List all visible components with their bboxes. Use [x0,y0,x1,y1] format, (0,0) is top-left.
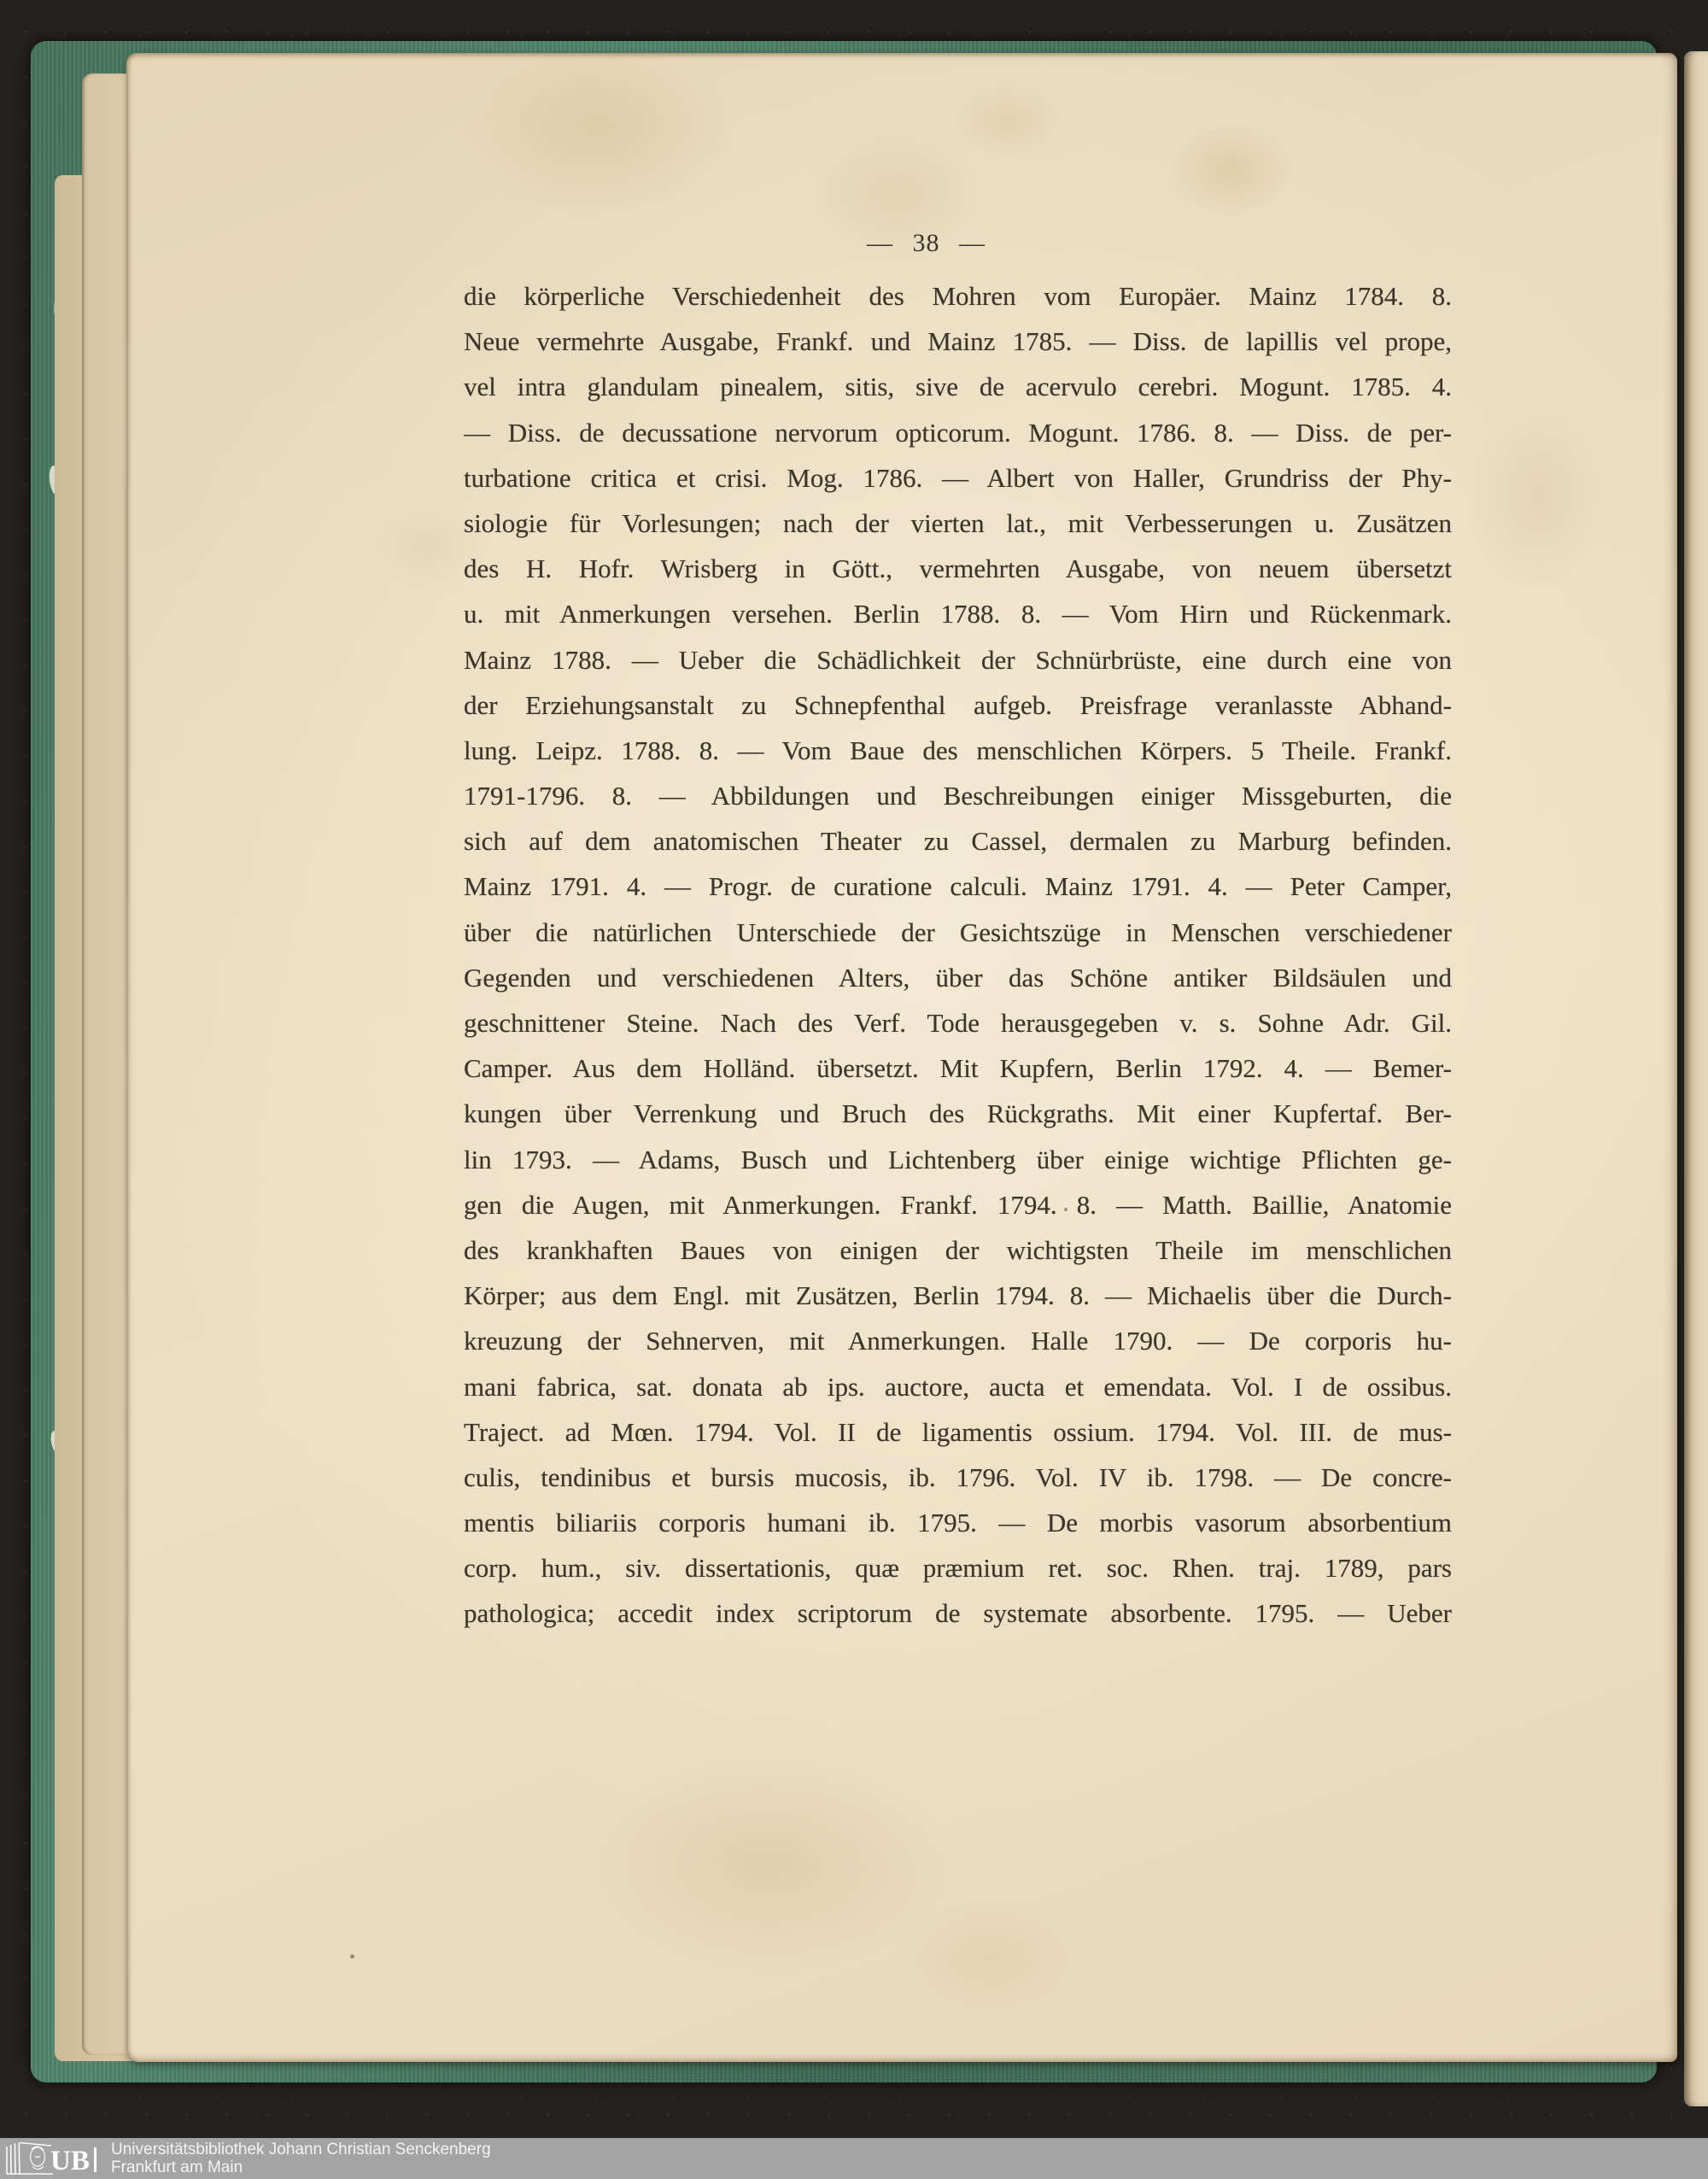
logo-ub-text: UB [50,2146,90,2176]
text-line: pathologica; accedit index scriptorum de… [464,1590,1452,1636]
library-name: Universitätsbibliothek Johann Christian … [111,2141,491,2158]
text-line: siologie für Vorlesungen; nach der viert… [464,501,1452,546]
adjacent-page-edge [1684,51,1708,2106]
text-line: des krankhaften Baues von einigen der wi… [464,1227,1452,1273]
text-line: lin 1793. — Adams, Busch und Lichtenberg… [464,1137,1452,1182]
footer-text: Universitätsbibliothek Johann Christian … [111,2141,491,2176]
text-line: Körper; aus dem Engl. mit Zusätzen, Berl… [464,1273,1452,1318]
text-line: turbatione critica et crisi. Mog. 1786. … [464,455,1452,501]
text-line: des H. Hofr. Wrisberg in Gött., vermehrt… [464,546,1452,591]
text-line: vel intra glandulam pinealem, sitis, siv… [464,364,1452,409]
text-line: Traject. ad Mœn. 1794. Vol. II de ligame… [464,1409,1452,1455]
text-line: 1791-1796. 8. — Abbildungen und Beschrei… [464,773,1452,818]
text-line: die körperliche Verschiedenheit des Mohr… [464,273,1452,319]
library-footer-bar: UB Universitätsbibliothek Johann Christi… [0,2138,1708,2179]
text-line: culis, tendinibus et bursis mucosis, ib.… [464,1455,1452,1500]
text-line: Neue vermehrte Ausgabe, Frankf. und Main… [464,319,1452,364]
text-line: Camper. Aus dem Holländ. übersetzt. Mit … [464,1046,1452,1091]
text-line: der Erziehungsanstalt zu Schnepfenthal a… [464,682,1452,728]
text-line: corp. hum., siv. dissertationis, quæ præ… [464,1545,1452,1590]
text-line: gen die Augen, mit Anmerkungen. Frankf. … [464,1182,1452,1227]
page-number: — 38 — [432,226,1420,261]
text-line: Mainz 1788. — Ueber die Schädlichkeit de… [464,637,1452,682]
foxing-speck [350,1954,354,1959]
text-line: kreuzung der Sehnerven, mit Anmerkungen.… [464,1318,1452,1363]
book-scan: — 38 — die körperliche Verschiedenheit d… [0,0,1708,2179]
page-text-block: die körperliche Verschiedenheit des Mohr… [464,273,1452,1637]
logo-divider-bar [94,2147,97,2172]
text-line: über die natürlichen Unterschiede der Ge… [464,910,1452,955]
text-line: mani fabrica, sat. donata ab ips. auctor… [464,1364,1452,1409]
text-line: Mainz 1791. 4. — Progr. de curatione cal… [464,864,1452,909]
text-line: — Diss. de decussatione nervorum opticor… [464,410,1452,455]
text-line: lung. Leipz. 1788. 8. — Vom Baue des men… [464,728,1452,773]
text-line: kungen über Verrenkung und Bruch des Rüc… [464,1091,1452,1136]
text-line: Gegenden und verschiedenen Alters, über … [464,955,1452,1000]
text-line: sich auf dem anatomischen Theater zu Cas… [464,818,1452,864]
text-line: u. mit Anmerkungen versehen. Berlin 1788… [464,591,1452,636]
text-line: mentis biliariis corporis humani ib. 179… [464,1500,1452,1545]
text-line: geschnittener Steine. Nach des Verf. Tod… [464,1000,1452,1046]
logo-portrait-icon [31,2147,45,2169]
scan-backdrop: — 38 — die körperliche Verschiedenheit d… [0,0,1708,2179]
book-page: — 38 — die körperliche Verschiedenheit d… [126,53,1677,2062]
ub-logo: UB [3,2141,101,2176]
library-city: Frankfurt am Main [111,2158,491,2176]
